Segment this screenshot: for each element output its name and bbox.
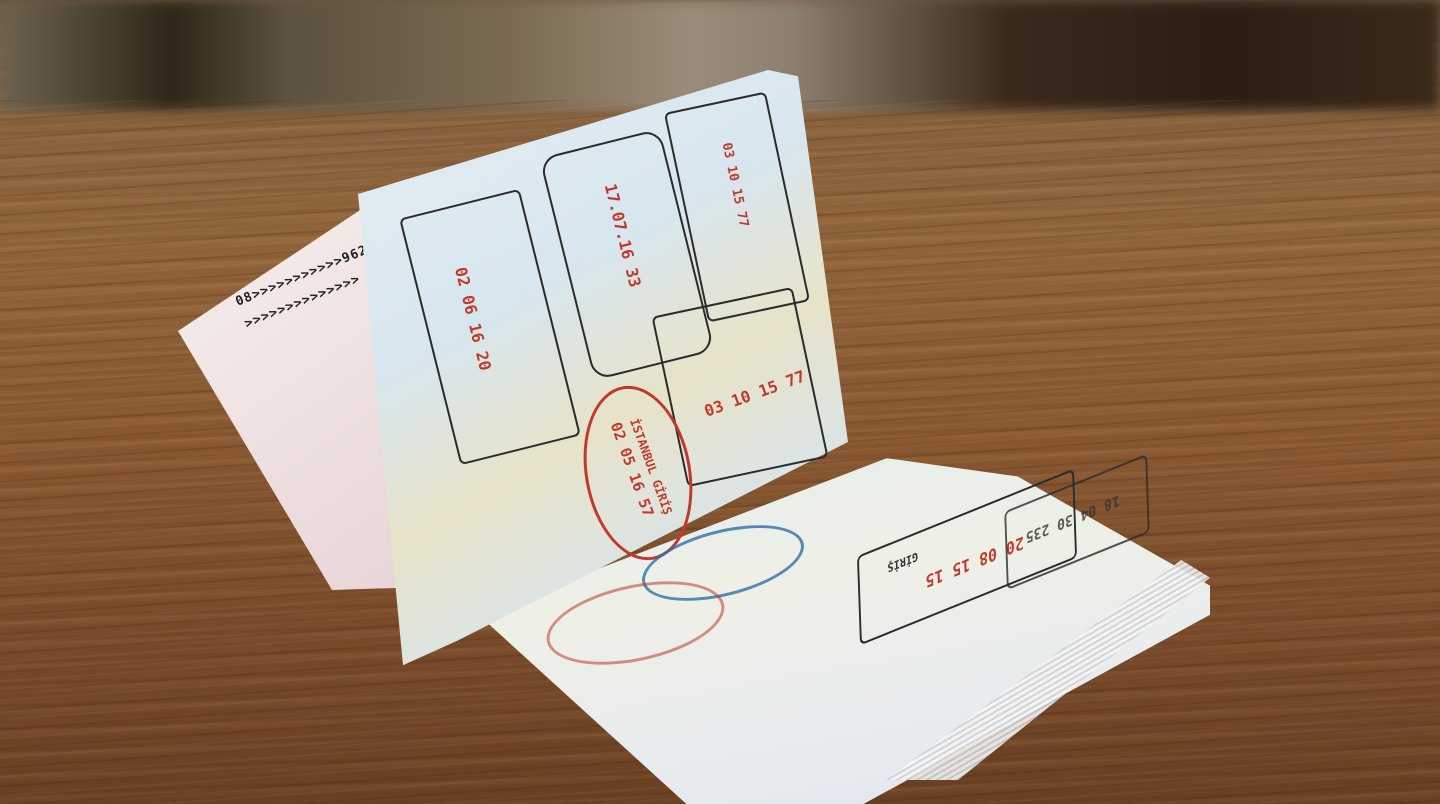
stamp-date: 03 10 15 77 [702,367,808,421]
photo-scene: 08>>>>>>>>>>>962901 >>>>>>>>>>>>>> 02 06… [0,0,1440,804]
stamp-date: 02 06 16 20 [451,265,495,372]
stamp-date: 18 04 30 235 [1026,491,1120,546]
stamp-label: GİRİŞ [887,549,918,575]
stamp-date: 17.07.16 33 [601,182,645,289]
stamp-date: 03 10 15 77 [719,141,752,228]
